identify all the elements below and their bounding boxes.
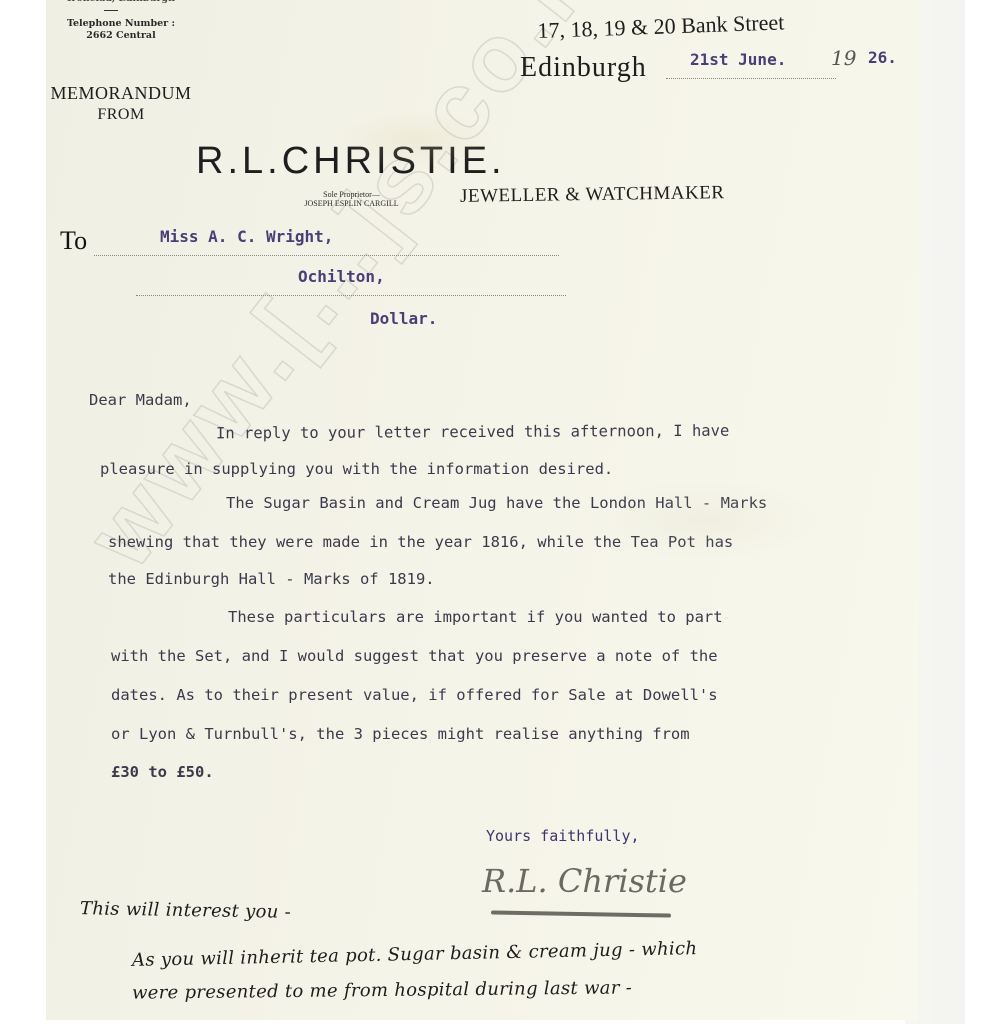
letter-line: pleasure in supplying you with the infor… <box>100 460 613 478</box>
letter-line: These particulars are important if you w… <box>228 608 723 626</box>
telegram-address: Ironclad, Edinburgh <box>56 0 186 5</box>
proprietor-label: Sole Proprietor— <box>284 190 419 199</box>
address-line-1 <box>94 255 559 256</box>
date-year: 26. <box>868 48 897 67</box>
city: Edinburgh <box>520 52 647 84</box>
recipient-address-2: Dollar. <box>370 309 437 328</box>
date-typed: 21st June. <box>690 50 786 69</box>
proprietor-name: JOSEPH ESPLIN CARGILL <box>284 199 419 208</box>
handwritten-note-line: As you will inherit tea pot. Sugar basin… <box>132 938 698 971</box>
letter-line: shewing that they were made in the year … <box>108 533 733 551</box>
letter-line: with the Set, and I would suggest that y… <box>111 647 718 665</box>
date-century: 19 <box>831 46 856 70</box>
divider <box>104 10 118 11</box>
closing: Yours faithfully, <box>486 827 640 845</box>
letter-line: In reply to your letter received this af… <box>216 422 729 443</box>
signature-underline <box>491 910 671 917</box>
address-line-2 <box>136 295 566 296</box>
handwritten-note-line: were presented to me from hospital durin… <box>132 977 632 1003</box>
letter-line: dates. As to their present value, if off… <box>111 686 718 704</box>
recipient-name: Miss A. C. Wright, <box>160 227 333 246</box>
date-line <box>666 78 836 79</box>
trade-description: JEWELLER & WATCHMAKER <box>460 182 725 208</box>
telephone-number: 2662 Central <box>46 30 196 42</box>
telephone-label: Telephone Number : <box>46 18 196 30</box>
letter-line: £30 to £50. <box>111 763 214 781</box>
to-label: To <box>60 226 87 256</box>
recipient-address-1: Ochilton, <box>298 267 385 286</box>
letter-line: or Lyon & Turnbull's, the 3 pieces might… <box>111 725 690 743</box>
letter-sheet: www.[...]s.co.nz Ironclad, Edinburgh Tel… <box>46 0 918 1020</box>
memorandum-label: MEMORANDUM <box>46 82 196 104</box>
street-address: 17, 18, 19 & 20 Bank Street <box>537 9 785 44</box>
signature: R.L. Christie <box>482 862 687 900</box>
letter-line: The Sugar Basin and Cream Jug have the L… <box>226 494 767 512</box>
letter-line: the Edinburgh Hall - Marks of 1819. <box>108 570 435 588</box>
firm-name: R.L.CHRISTIE. <box>196 140 506 183</box>
salutation: Dear Madam, <box>89 391 192 409</box>
from-label: FROM <box>46 104 196 126</box>
handwritten-note-line: This will interest you - <box>80 898 291 923</box>
